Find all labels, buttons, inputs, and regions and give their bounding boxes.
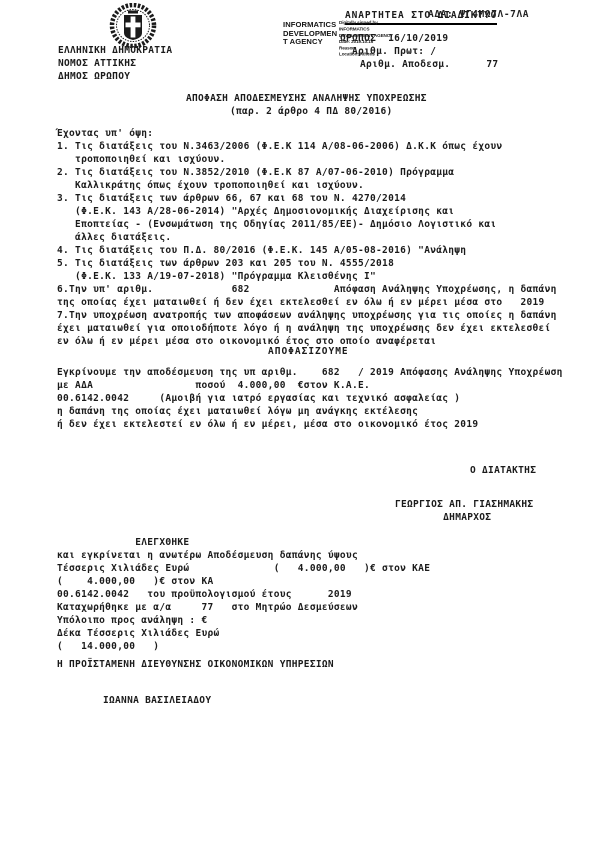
preamble-text: Έχοντας υπ' όψη: 1. Τις διατάξεις του Ν.… (57, 127, 557, 348)
footer-role: Η ΠΡΟΪΣΤΑΜΕΝΗ ΔΙΕΥΘΥΝΣΗΣ ΟΙΚΟΝΟΜΙΚΩΝ ΥΠΗ… (57, 658, 334, 671)
issuing-authority: ΕΛΛΗΝΙΚΗ ΔΗΜΟΚΡΑΤΙΑ ΝΟΜΟΣ ΑΤΤΙΚΗΣ ΔΗΜΟΣ … (58, 44, 172, 83)
audit-block: ΕΛΕΓΧΘΗΚΕ και εγκρίνεται η ανωτέρω Αποδέ… (57, 536, 430, 653)
decision-heading: ΑΠΟΦΑΣΙΖΟΥΜΕ (268, 345, 349, 358)
document-subtitle: (παρ. 2 άρθρο 4 ΠΔ 80/2016) (230, 105, 393, 118)
protocol-number: Αριθμ. Πρωτ: / (352, 45, 436, 58)
place-date: ΩΡΩΠΟΣ 16/10/2019 (340, 32, 448, 45)
ida-agency-label: INFORMATICS DEVELOPMEN T AGENCY (283, 21, 337, 47)
ada-code: ΑΔΑ: ΨΓ4ΜΩ7Λ-7ΛΑ (428, 8, 529, 21)
document-page: ΕΛΛΗΝΙΚΗ ΔΗΜΟΚΡΑΤΙΑ ΝΟΜΟΣ ΑΤΤΙΚΗΣ ΔΗΜΟΣ … (0, 0, 595, 842)
footer-name: ΙΩΑΝΝΑ ΒΑΣΙΛΕΙΑΔΟΥ (103, 694, 211, 707)
release-number: Αριθμ. Αποδεσμ. 77 (360, 58, 498, 71)
signatory-role: Ο ΔΙΑΤΑΚΤΗΣ (470, 464, 536, 477)
greek-emblem-icon (104, 3, 162, 48)
signatory-name: ΓΕΩΡΓΙΟΣ ΑΠ. ΓΙΑΣΗΜΑΚΗΣ ΔΗΜΑΡΧΟΣ (395, 498, 533, 524)
decision-text: Εγκρίνουμε την αποδέσμευση της υπ αριθμ.… (57, 366, 563, 431)
document-title: ΑΠΟΦΑΣΗ ΑΠΟΔΕΣΜΕΥΣΗΣ ΑΝΑΛΗΨΗΣ ΥΠΟΧΡΕΩΣΗΣ (186, 92, 427, 105)
